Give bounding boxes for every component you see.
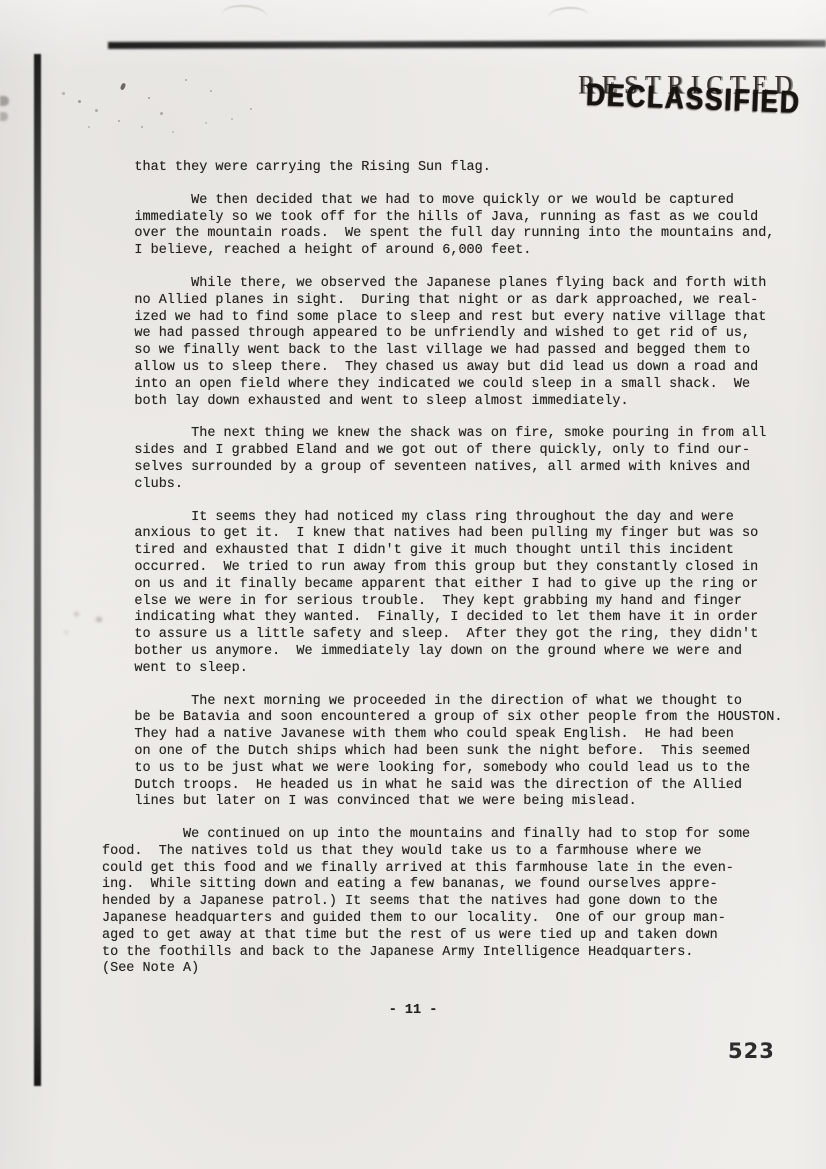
document-body: that they were carrying the Rising Sun f… xyxy=(102,160,802,994)
pencil-speckle xyxy=(172,131,174,133)
pencil-speckle xyxy=(231,118,233,120)
scan-artifact xyxy=(548,6,588,17)
scanned-document-page: RESTRICTED DECLASSIFIED that they were c… xyxy=(0,0,826,1169)
pencil-speckle xyxy=(120,82,127,90)
pencil-speckle xyxy=(205,122,207,124)
pencil-speckle xyxy=(88,126,90,128)
pencil-speckle xyxy=(210,90,212,92)
pencil-speckle xyxy=(78,100,81,103)
pencil-speckle xyxy=(185,79,187,81)
scan-artifact xyxy=(222,3,269,17)
paragraph: We then decided that we had to move quic… xyxy=(102,193,802,260)
classification-stamp: RESTRICTED DECLASSIFIED xyxy=(570,62,826,126)
corner-number: 523 xyxy=(728,1039,775,1063)
paragraph: While there, we observed the Japanese pl… xyxy=(102,276,802,410)
pencil-speckle xyxy=(148,97,150,99)
pencil-speckle xyxy=(95,109,98,112)
margin-smudge xyxy=(64,631,68,634)
scan-artifact xyxy=(0,112,8,121)
paragraph: The next thing we knew the shack was on … xyxy=(102,426,802,493)
paragraph: that they were carrying the Rising Sun f… xyxy=(102,160,802,177)
page-top-edge-shadow xyxy=(108,40,826,49)
pencil-speckle xyxy=(62,92,65,95)
paragraph: The next morning we proceeded in the dir… xyxy=(102,694,802,812)
pencil-speckle xyxy=(118,120,120,122)
margin-smudge xyxy=(74,612,79,616)
paragraph: We continued on up into the mountains an… xyxy=(102,827,802,978)
pencil-speckle xyxy=(141,126,143,128)
scan-artifact xyxy=(0,96,9,106)
declassified-stamp-text: DECLASSIFIED xyxy=(585,76,801,121)
pencil-speckle xyxy=(250,108,252,110)
pencil-speckle xyxy=(160,112,163,115)
paragraph: It seems they had noticed my class ring … xyxy=(102,510,802,678)
page-number: - 11 - xyxy=(0,1003,826,1018)
page-left-edge-shadow xyxy=(34,54,41,1086)
